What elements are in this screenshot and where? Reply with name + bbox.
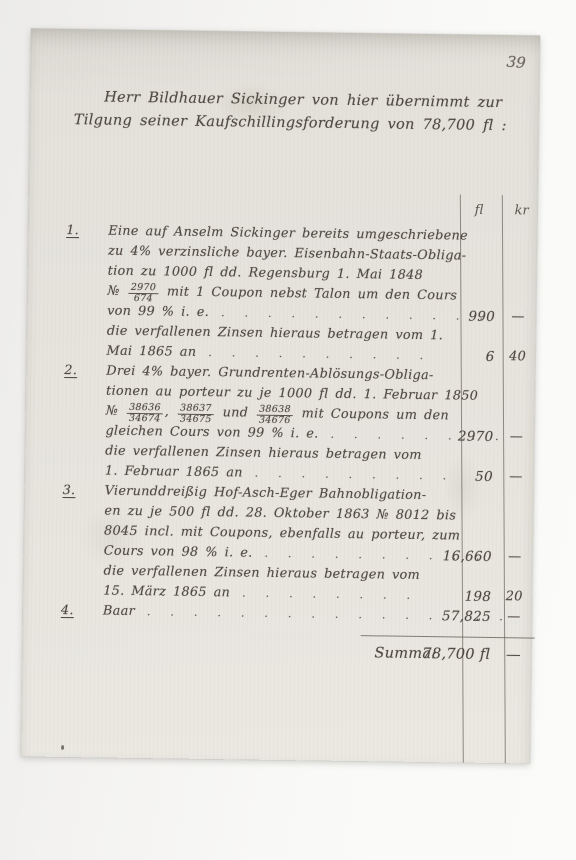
- header-line-2: Tilgung seiner Kaufschillingsforderung v…: [74, 112, 539, 134]
- entry-text: Baar: [103, 604, 135, 619]
- dot-leader: . . . . . . . . . .: [208, 346, 430, 362]
- entry-text: № 3863634674, 3863734675 und 3863834676 …: [106, 404, 449, 424]
- dot-leader: . . . . . . . . . . . .: [221, 306, 490, 323]
- kreuzer-column-header: kr: [515, 203, 529, 218]
- entry-text: Drei 4% bayer. Grundrenten-Ablösungs-Obl…: [106, 364, 433, 384]
- entry-text: gleichen Cours von 99 % i. e.: [105, 424, 318, 442]
- entry-text: № 2970674 mit 1 Coupon nebst Talon um de…: [107, 284, 457, 304]
- entry-text: zu 4% verzinsliche bayer. Eisenbahn-Staa…: [108, 244, 467, 264]
- entry-text: 1. Februar 1865 an: [105, 464, 243, 481]
- item-number: 4.: [61, 601, 74, 621]
- amount-gulden: 198: [464, 587, 491, 607]
- amount-kreuzer: —: [499, 427, 533, 447]
- ink-speck: [61, 745, 64, 750]
- gulden-column-header: fl: [475, 203, 484, 218]
- summa-total-gulden: 78,700 fl: [422, 643, 490, 666]
- item-number: 2.: [64, 361, 77, 381]
- amount-kreuzer: —: [499, 467, 533, 487]
- entry-text: die verfallenen Zinsen hieraus betragen …: [103, 564, 420, 583]
- entry-text: Cours von 98 % i. e.: [104, 544, 253, 561]
- amount-gulden: 2970: [458, 426, 494, 446]
- ledger-rows: 1.Eine auf Anselm Sickinger bereits umge…: [23, 220, 538, 631]
- amount-kreuzer: 20: [497, 587, 531, 607]
- amount-kreuzer: —: [498, 547, 532, 567]
- entry-text: Eine auf Anselm Sickinger bereits umgesc…: [108, 224, 468, 244]
- entry-text: Mai 1865 an: [107, 344, 197, 360]
- entry-text: die verfallenen Zinsen hieraus betragen …: [105, 444, 422, 463]
- entry-text: 8045 incl. mit Coupons, ebenfalls au por…: [104, 524, 460, 544]
- dot-leader: . . . . . . . .: [242, 586, 417, 601]
- item-number: 1.: [66, 221, 79, 241]
- amount-kreuzer: —: [497, 607, 531, 627]
- summa-total-kreuzer: —: [498, 644, 528, 666]
- document-paper: 39 Herr Bildhauer Sickinger von hier übe…: [21, 28, 540, 763]
- entry-text: 15. März 1865 an: [103, 584, 230, 601]
- entry-text: tion zu 1000 fl dd. Regensburg 1. Mai 18…: [108, 264, 423, 283]
- amount-gulden: 6: [486, 347, 495, 367]
- dot-leader: . . . . . . . . .: [255, 467, 454, 483]
- amount-gulden: 50: [475, 467, 493, 487]
- amount-kreuzer: 40: [500, 347, 534, 367]
- entry-text: von 99 % i. e.: [107, 304, 209, 320]
- entry-text: tionen au porteur zu je 1000 fl dd. 1. F…: [106, 384, 478, 404]
- amount-kreuzer: —: [501, 307, 535, 327]
- entry-text: Vierunddreißig Hof-Asch-Eger Bahnobligat…: [105, 484, 427, 503]
- amount-gulden: 16,660: [443, 546, 492, 567]
- entry-text: en zu je 500 fl dd. 28. Oktober 1863 № 8…: [104, 504, 456, 524]
- summa-row: Summa: 78,700 fl —: [22, 637, 531, 666]
- folio-number: 39: [506, 52, 527, 72]
- document-header: Herr Bildhauer Sickinger von hier überni…: [30, 88, 539, 134]
- summa-rule: [361, 635, 535, 638]
- amount-gulden: 57,825: [442, 606, 491, 627]
- amount-gulden: 990: [468, 307, 495, 327]
- header-line-1: Herr Bildhauer Sickinger von hier überni…: [104, 90, 539, 112]
- item-number: 3.: [63, 481, 76, 501]
- entry-text: die verfallenen Zinsen hieraus betragen …: [107, 324, 443, 344]
